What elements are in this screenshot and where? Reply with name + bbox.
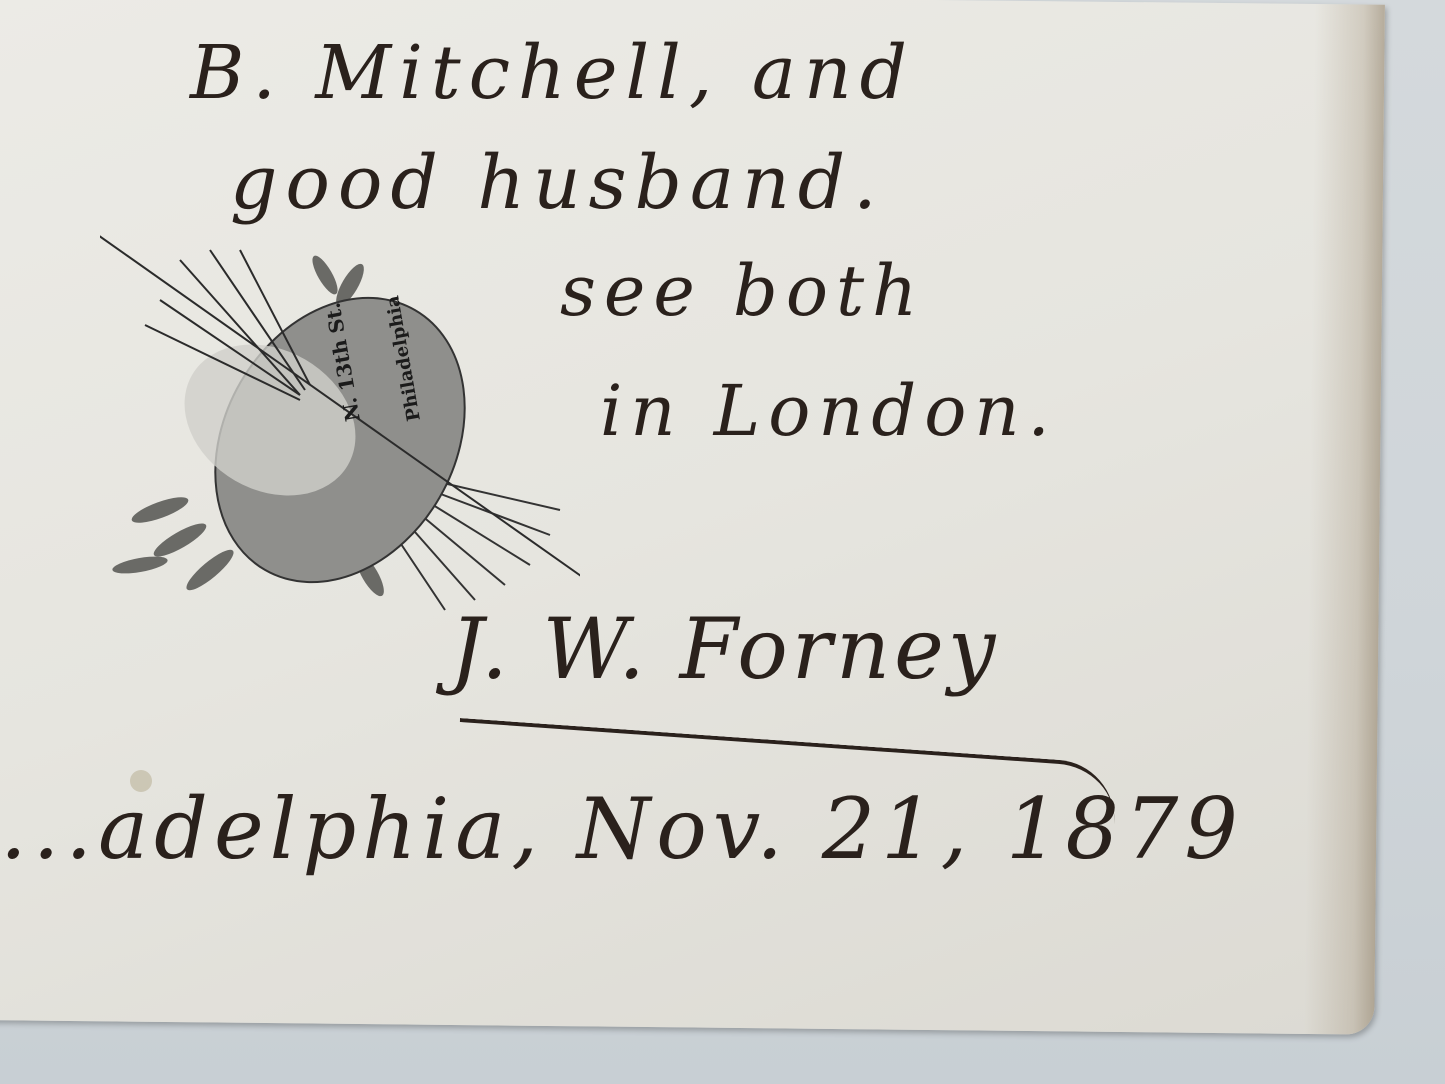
handwritten-line-1: B. Mitchell, and (190, 30, 915, 116)
handwritten-line-3: see both (560, 250, 925, 332)
palette-letterhead-emblem: N. 13th St. Philadelphia (100, 180, 580, 640)
paper-aged-edge (1304, 4, 1385, 1035)
signature: J. W. Forney (450, 600, 999, 698)
palette-icon: N. 13th St. Philadelphia (100, 180, 580, 640)
date-line: ...adelphia, Nov. 21, 1879 (0, 780, 1244, 878)
handwritten-line-4: in London. (600, 370, 1058, 452)
